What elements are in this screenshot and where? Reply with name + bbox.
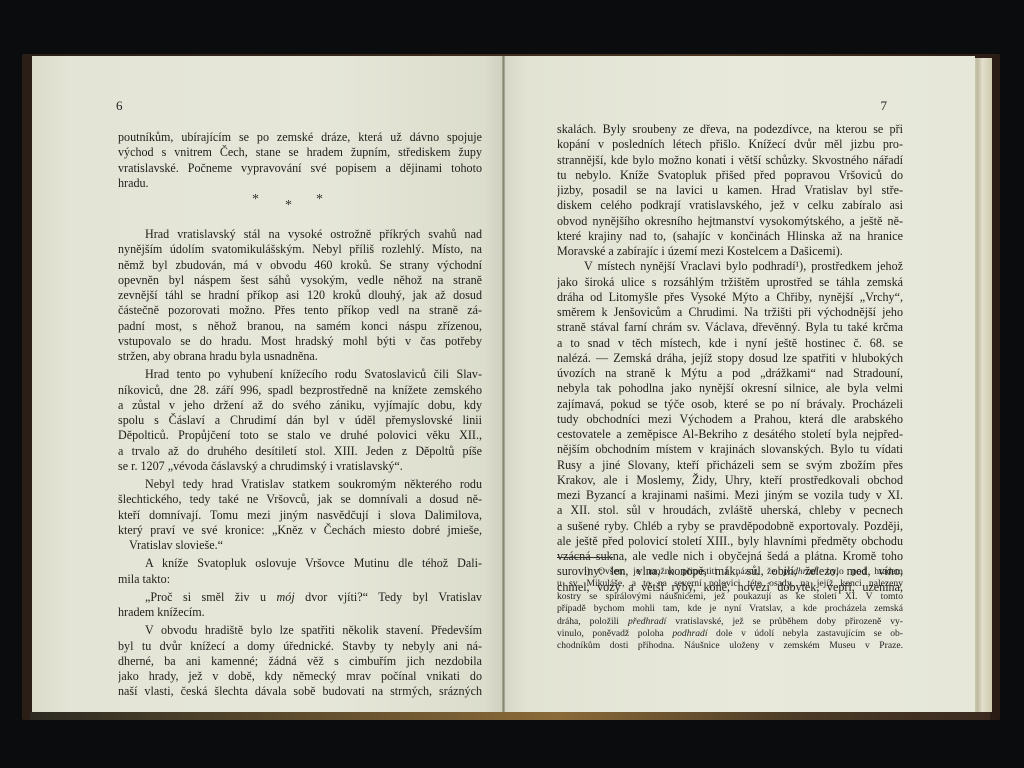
text-line: kopání v posledních létech přišlo. Kníže… <box>557 137 903 152</box>
left-page: 6 poutníkům, ubírajícím se po zemské drá… <box>32 56 503 712</box>
text-line: naší vlasti, česká šlechta dávala sobě b… <box>118 684 482 699</box>
text-line: šlechtického, tedy také ne Vršovců, jak … <box>118 492 482 507</box>
text-line: němž byl zbudován, má v obvodu 460 kroků… <box>118 258 482 273</box>
right-body-text: skalách. Byly sroubeny ze dřeva, na pode… <box>557 122 903 595</box>
text-line: hradem knížecím. <box>118 605 482 620</box>
text-line: poutníkům, ubírajícím se po zemské dráze… <box>118 130 482 145</box>
text-line: zevnější táhl se hradní příkop asi 120 k… <box>118 288 482 303</box>
text-line: ale ještě před polovicí století XIII., b… <box>557 534 903 549</box>
text-line: byl tu dvůr knížecí a domy úřednické. St… <box>118 639 482 654</box>
text-line: a trvalo až do druhého desítiletí stol. … <box>118 444 482 459</box>
text-line: směrem k Jenšovicům a Chrudimi. Na tržiš… <box>557 305 903 320</box>
right-page: 7 skalách. Byly sroubeny ze dřeva, na po… <box>505 56 975 712</box>
book-cover-edge <box>30 712 990 720</box>
text-line: mila takto: <box>118 572 482 587</box>
footnote-line: chodníkům dosti příhodna. Náušnice ulože… <box>557 640 903 652</box>
text-line: vratislavské. Počneme vypravování své po… <box>118 161 482 176</box>
text-line: padní most, s něhož branou, na samém kon… <box>118 319 482 334</box>
text-line: Hrad vratislavský stál na vysoké ostrožn… <box>118 227 482 242</box>
text-line: V obvodu hradiště bylo lze spatřiti něko… <box>118 623 482 638</box>
text-line: a to snad v těch místech, kde i nyní ješ… <box>557 336 903 351</box>
text-line: nebyla tak pohodlna jako nynější okresní… <box>557 381 903 396</box>
page-number-right: 7 <box>881 98 888 114</box>
text-line: Nebyl tedy hrad Vratislav statkem soukro… <box>118 477 482 492</box>
text-line: níkoviců, dne 28. září 996, spadl bezpro… <box>118 383 482 398</box>
text-line: a zůstal v jeho držení až do svého zánik… <box>118 398 482 413</box>
text-line: se r. 1207 „vévoda čáslavský a chrudimsk… <box>118 459 482 474</box>
text-line: a sušené ryby. Chléb a ryby se pravděpod… <box>557 519 903 534</box>
text-line: jizby, posadil se na lavici u kamen. Hra… <box>557 183 903 198</box>
text-line: dráha od Litomyšle přes Vysoké Mýto a Ch… <box>557 290 903 305</box>
text-line: skalách. Byly sroubeny ze dřeva, na pode… <box>557 122 903 137</box>
footnote-line: kostry se spirálovými náušnicemi, jež po… <box>557 591 903 603</box>
text-line: který praví ve své kronice: „Kněz v Čech… <box>118 523 482 538</box>
text-line: tu nebylo. Kníže Svatopluk přišed před p… <box>557 168 903 183</box>
text-line: strannější, kde bylo možno konati i větš… <box>557 153 903 168</box>
text-line: A kníže Svatopluk oslovuje Vršovce Mutin… <box>118 556 482 571</box>
text-line: jako široká ulice s rozsáhlým tržištěm u… <box>557 275 903 290</box>
text-line: vstupovalo se do hradu. Most hradský moh… <box>118 334 482 349</box>
text-line: Rusy a jiné Slovany, kteří přicházeli se… <box>557 458 903 473</box>
text-line: nějším obchodním místem v krajinách slov… <box>557 442 903 457</box>
text-line: které krajiny nad to, (sahajíc v končiná… <box>557 229 903 244</box>
text-line: obvod nynějšího okresního hejtmanství vy… <box>557 214 903 229</box>
text-line: „Proč si směl živ u mój dvor vjíti?“ Ted… <box>118 590 482 605</box>
left-paragraph-1: Hrad vratislavský stál na vysoké ostrožn… <box>118 227 482 700</box>
text-line: stržen, aby obrana hradu byla usnadněna. <box>118 349 482 364</box>
text-line: Vratislav sloviešе.“ <box>118 538 482 553</box>
text-line: hradu. <box>118 176 482 191</box>
left-paragraph-continued: poutníkům, ubírajícím se po zemské dráze… <box>118 130 482 191</box>
text-line: V místech nynější Vraclavi bylo podhradí… <box>557 259 903 274</box>
text-line: opevněn byl náspem šest sáhů vysokým, ve… <box>118 273 482 288</box>
text-line: nynějším údolím svatomikulášským. Nebyl … <box>118 242 482 257</box>
text-line: tudy obchodníci mezi Východem a Prahou, … <box>557 412 903 427</box>
footnote: ¹) Ovšem je možno připustiti i názor, že… <box>557 566 903 653</box>
text-line: nalézá. — Zemská dráha, jejíž stopy dosu… <box>557 351 903 366</box>
footnote-line: případě bychom mohli tam, kde je nyní Vr… <box>557 603 903 615</box>
text-line: úvozích na straně k Mýtu a pod „drážkami… <box>557 366 903 381</box>
text-line: Moravské a zabírajíc i území mezi Kostel… <box>557 244 903 259</box>
footnote-line: ¹) Ovšem je možno připustiti i názor, že… <box>557 566 903 578</box>
text-line: cestovatele a zeměpisce Al-Bekriho z des… <box>557 427 903 442</box>
text-line: částečně pozorovati možno. Přes tento př… <box>118 303 482 318</box>
text-line: kteří domnívají. Tomu mezi jiným nasvědč… <box>118 508 482 523</box>
text-line: Krakov, ale i Moslemy, Židy, Uhry, kteří… <box>557 473 903 488</box>
footnote-rule <box>557 557 613 558</box>
text-line: východ s vnitrem Čech, stane se hradem ž… <box>118 145 482 160</box>
text-line: spolu s Čáslaví a Chrudimí dán byl v údě… <box>118 413 482 428</box>
footnote-line: vinulo, poněvadž poloha podhradí dole v … <box>557 628 903 640</box>
text-line: mezi Byzancí a krajinami našimi. Mezi ji… <box>557 488 903 503</box>
page-number-left: 6 <box>116 98 123 114</box>
text-line: a XII. stol. sůl v hroudách, zvláště uhe… <box>557 503 903 518</box>
text-line: zajímavá, pokud se týče osob, které se p… <box>557 397 903 412</box>
text-line: Hrad tento po vyhubení knížecího rodu Sv… <box>118 367 482 382</box>
text-line: straně stával farní chrám sv. Václava, d… <box>557 320 903 335</box>
text-line: diskem celého podkrají vratislavského, j… <box>557 198 903 213</box>
text-line: Děpolticů. Propůjčení toto se stalo ve d… <box>118 428 482 443</box>
text-line: dherné, ba ani kamenné; žádná věž s cimb… <box>118 654 482 669</box>
footnote-line: u sv. Mikuláše, a to na severní polovici… <box>557 578 903 590</box>
text-line: jako hrady, jež v době, kdy německý mrav… <box>118 669 482 684</box>
section-separator: * * * <box>118 192 482 212</box>
footnote-line: dráha, položili předhradí vratislavské, … <box>557 616 903 628</box>
